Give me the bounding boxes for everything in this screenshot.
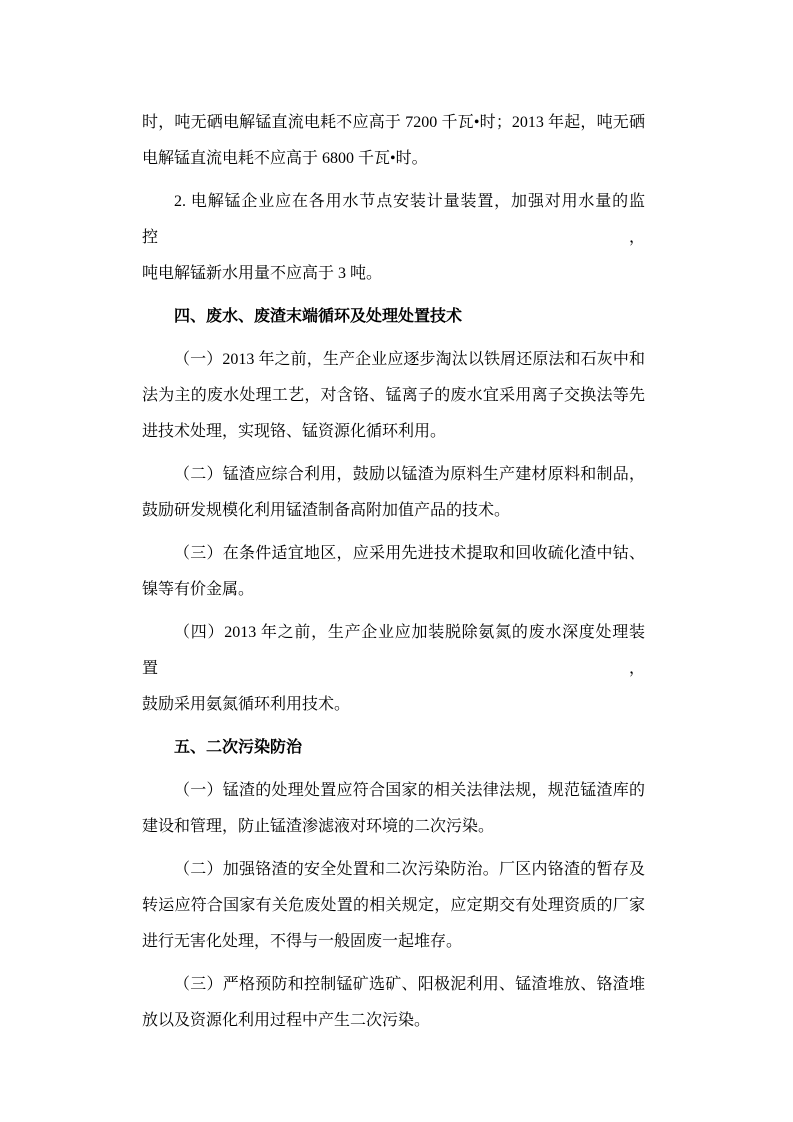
section-heading: 五、二次污染防治 [142,730,645,766]
section-heading: 四、废水、废渣末端循环及处理处置技术 [142,299,645,335]
heading-line: 五、二次污染防治 [142,730,645,766]
paragraph: （二）加强铬渣的安全处置和二次污染防治。厂区内铬渣的暂存及转运应符合国家有关危废… [142,852,645,960]
text-line: 时，吨无硒电解锰直流电耗不应高于 7200 千瓦•时；2013 年起，吨无硒 [142,105,645,141]
document-page: 时，吨无硒电解锰直流电耗不应高于 7200 千瓦•时；2013 年起，吨无硒电解… [0,0,793,1122]
text-line: （三）严格预防和控制锰矿选矿、阳极泥利用、锰渣堆放、铬渣堆 [142,967,645,1003]
text-line: 建设和管理，防止锰渣渗滤液对环境的二次污染。 [142,809,645,845]
paragraph: 2. 电解锰企业应在各用水节点安装计量装置，加强对用水量的监控，吨电解锰新水用量… [142,184,645,292]
text-line: （二）加强铬渣的安全处置和二次污染防治。厂区内铬渣的暂存及 [142,852,645,888]
text-line: 进技术处理，实现铬、锰资源化循环利用。 [142,414,645,450]
paragraph: （一）2013 年之前，生产企业应逐步淘汰以铁屑还原法和石灰中和法为主的废水处理… [142,342,645,450]
text-line: （一）2013 年之前，生产企业应逐步淘汰以铁屑还原法和石灰中和 [142,342,645,378]
paragraph: （三）严格预防和控制锰矿选矿、阳极泥利用、锰渣堆放、铬渣堆放以及资源化利用过程中… [142,967,645,1039]
heading-line: 四、废水、废渣末端循环及处理处置技术 [142,299,645,335]
paragraph: （二）锰渣应综合利用，鼓励以锰渣为原料生产建材原料和制品，鼓励研发规模化利用锰渣… [142,457,645,529]
text-line: （一）锰渣的处理处置应符合国家的相关法律法规，规范锰渣库的 [142,773,645,809]
text-line: 放以及资源化利用过程中产生二次污染。 [142,1003,645,1039]
text-line: 进行无害化处理，不得与一般固废一起堆存。 [142,924,645,960]
text-line: 镍等有价金属。 [142,572,645,608]
text-line: 2. 电解锰企业应在各用水节点安装计量装置，加强对用水量的监控， [142,184,645,256]
paragraph: 时，吨无硒电解锰直流电耗不应高于 7200 千瓦•时；2013 年起，吨无硒电解… [142,105,645,177]
paragraph: （三）在条件适宜地区，应采用先进技术提取和回收硫化渣中钴、镍等有价金属。 [142,536,645,608]
text-line: 鼓励采用氨氮循环利用技术。 [142,687,645,723]
text-line: （四）2013 年之前，生产企业应加装脱除氨氮的废水深度处理装置， [142,615,645,687]
text-line: 电解锰直流电耗不应高于 6800 千瓦•时。 [142,141,645,177]
text-line: 鼓励研发规模化利用锰渣制备高附加值产品的技术。 [142,493,645,529]
text-line: 法为主的废水处理工艺，对含铬、锰离子的废水宜采用离子交换法等先 [142,378,645,414]
text-line: 吨电解锰新水用量不应高于 3 吨。 [142,256,645,292]
text-line: （二）锰渣应综合利用，鼓励以锰渣为原料生产建材原料和制品， [142,457,645,493]
text-line: （三）在条件适宜地区，应采用先进技术提取和回收硫化渣中钴、 [142,536,645,572]
paragraph: （一）锰渣的处理处置应符合国家的相关法律法规，规范锰渣库的建设和管理，防止锰渣渗… [142,773,645,845]
paragraph: （四）2013 年之前，生产企业应加装脱除氨氮的废水深度处理装置，鼓励采用氨氮循… [142,615,645,723]
text-line: 转运应符合国家有关危废处置的相关规定，应定期交有处理资质的厂家 [142,888,645,924]
